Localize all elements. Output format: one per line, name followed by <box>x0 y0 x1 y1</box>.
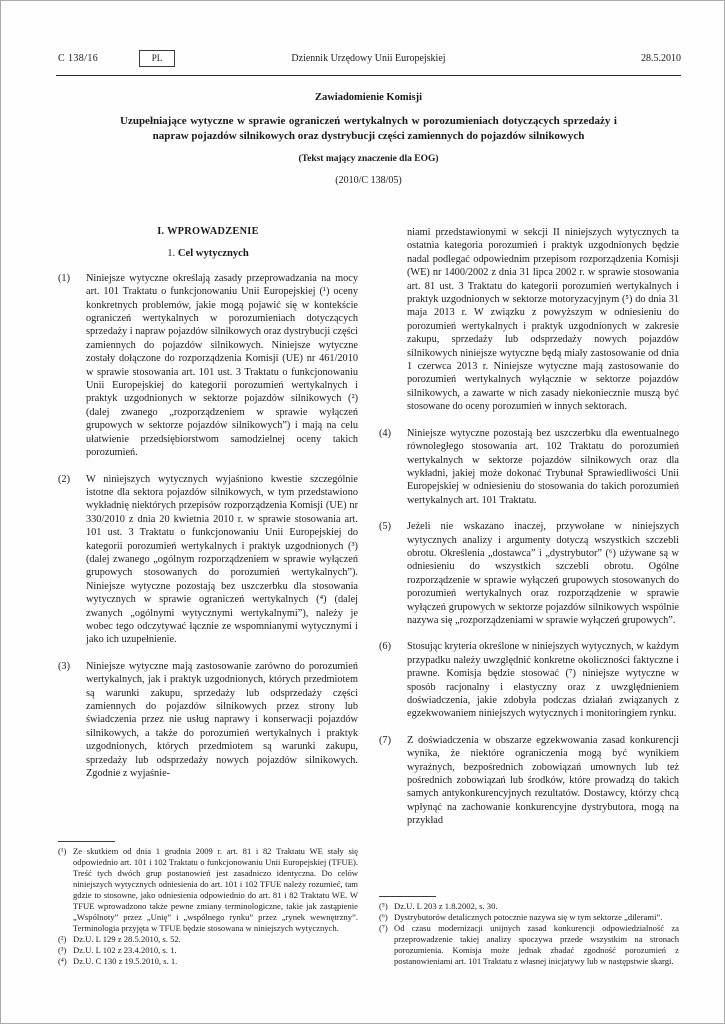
paragraph-text: Jeżeli nie wskazano inaczej, przywołane … <box>407 520 679 627</box>
paragraph-text: W niniejszych wytycznych wyjaśniono kwes… <box>86 473 358 647</box>
footnote-separator <box>379 896 436 897</box>
header-rule <box>56 75 681 76</box>
numbered-paragraph: (1) Niniejsze wytyczne określają zasady … <box>58 272 358 460</box>
subsection-heading: 1. Cel wytycznych <box>58 247 358 260</box>
section-heading: I. WPROWADZENIE <box>58 225 358 238</box>
footnote: (²) Dz.U. L 129 z 28.5.2010, s. 52. <box>58 934 358 945</box>
paragraph-number: (7) <box>379 734 407 828</box>
paragraph-number: (5) <box>379 520 407 627</box>
numbered-paragraph: (5) Jeżeli nie wskazano inaczej, przywoł… <box>379 520 679 627</box>
numbered-paragraph: (6) Stosując kryteria określone w niniej… <box>379 640 679 720</box>
footnote-marker: (²) <box>58 934 73 945</box>
document-title: Uzupełniające wytyczne w sprawie ogranic… <box>120 114 617 144</box>
paragraph-number: (6) <box>379 640 407 720</box>
numbered-paragraph: (4) Niniejsze wytyczne pozostają bez usz… <box>379 427 679 507</box>
footnote-block: (¹) Ze skutkiem od dnia 1 grudnia 2009 r… <box>58 841 358 967</box>
document-page: C 138/16 PL Dziennik Urzędowy Unii Europ… <box>0 0 725 1024</box>
document-reference: (2010/C 138/05) <box>58 175 679 186</box>
language-badge: PL <box>139 50 175 67</box>
subsection-title: Cel wytycznych <box>178 248 249 259</box>
footnote-marker: (³) <box>58 945 73 956</box>
footnote-text: Dz.U. L 203 z 1.8.2002, s. 30. <box>394 901 679 912</box>
footnote-list: (⁵) Dz.U. L 203 z 1.8.2002, s. 30. (⁶) D… <box>379 901 679 967</box>
paragraph-text: niami przedstawionymi w sekcji II niniej… <box>407 226 679 414</box>
paragraph-number: (4) <box>379 427 407 507</box>
paragraph-text: Stosując kryteria określone w niniejszyc… <box>407 640 679 720</box>
footnote-text: Ze skutkiem od dnia 1 grudnia 2009 r. ar… <box>73 846 358 934</box>
paragraph-text: Niniejsze wytyczne pozostają bez uszczer… <box>407 427 679 507</box>
numbered-paragraph: (3) Niniejsze wytyczne mają zastosowanie… <box>58 660 358 781</box>
footnote-block: (⁵) Dz.U. L 203 z 1.8.2002, s. 30. (⁶) D… <box>379 896 679 967</box>
footnote: (³) Dz.U. L 102 z 23.4.2010, s. 1. <box>58 945 358 956</box>
footnote: (⁷) Od czasu modernizacji unijnych zasad… <box>379 923 679 967</box>
paragraph-number: (1) <box>58 272 86 460</box>
paragraph-text: Niniejsze wytyczne mają zastosowanie zar… <box>86 660 358 781</box>
numbered-paragraph: (7) Z doświadczenia w obszarze egzekwowa… <box>379 734 679 828</box>
footnote: (¹) Ze skutkiem od dnia 1 grudnia 2009 r… <box>58 846 358 934</box>
numbered-paragraph: niami przedstawionymi w sekcji II niniej… <box>379 226 679 414</box>
footnote-marker: (⁶) <box>379 912 394 923</box>
paragraph-list: niami przedstawionymi w sekcji II niniej… <box>379 226 679 828</box>
notice-kicker: Zawiadomienie Komisji <box>58 92 679 103</box>
title-block: Zawiadomienie Komisji Uzupełniające wyty… <box>58 92 679 186</box>
footnote-text: Dz.U. L 129 z 28.5.2010, s. 52. <box>73 934 358 945</box>
paragraph-number <box>379 226 407 414</box>
paragraph-number: (3) <box>58 660 86 781</box>
footnote-text: Od czasu modernizacji unijnych zasad kon… <box>394 923 679 967</box>
footnote: (⁴) Dz.U. C 130 z 19.5.2010, s. 1. <box>58 956 358 967</box>
page-reference: C 138/16 <box>58 53 98 64</box>
paragraph-list: (1) Niniejsze wytyczne określają zasady … <box>58 272 358 781</box>
footnote-marker: (⁴) <box>58 956 73 967</box>
footnote-text: Dz.U. C 130 z 19.5.2010, s. 1. <box>73 956 358 967</box>
issue-date: 28.5.2010 <box>641 53 681 64</box>
paragraph-text: Niniejsze wytyczne określają zasady prze… <box>86 272 358 460</box>
footnote-text: Dz.U. L 102 z 23.4.2010, s. 1. <box>73 945 358 956</box>
page-header: C 138/16 PL Dziennik Urzędowy Unii Europ… <box>56 50 681 70</box>
subsection-number: 1. <box>167 248 175 259</box>
footnote-marker: (⁵) <box>379 901 394 912</box>
right-column: niami przedstawionymi w sekcji II niniej… <box>379 219 679 967</box>
footnote-marker: (⁷) <box>379 923 394 967</box>
footnote-marker: (¹) <box>58 846 73 934</box>
footnote-list: (¹) Ze skutkiem od dnia 1 grudnia 2009 r… <box>58 846 358 967</box>
numbered-paragraph: (2) W niniejszych wytycznych wyjaśniono … <box>58 473 358 647</box>
paragraph-text: Z doświadczenia w obszarze egzekwowania … <box>407 734 679 828</box>
eea-relevance-note: (Tekst mający znaczenie dla EOG) <box>58 154 679 164</box>
left-column: I. WPROWADZENIE 1. Cel wytycznych (1) Ni… <box>58 219 358 967</box>
footnote: (⁶) Dystrybutorów detalicznych potocznie… <box>379 912 679 923</box>
paragraph-number: (2) <box>58 473 86 647</box>
footnote: (⁵) Dz.U. L 203 z 1.8.2002, s. 30. <box>379 901 679 912</box>
footnote-separator <box>58 841 115 842</box>
footnote-text: Dystrybutorów detalicznych potocznie naz… <box>394 912 679 923</box>
